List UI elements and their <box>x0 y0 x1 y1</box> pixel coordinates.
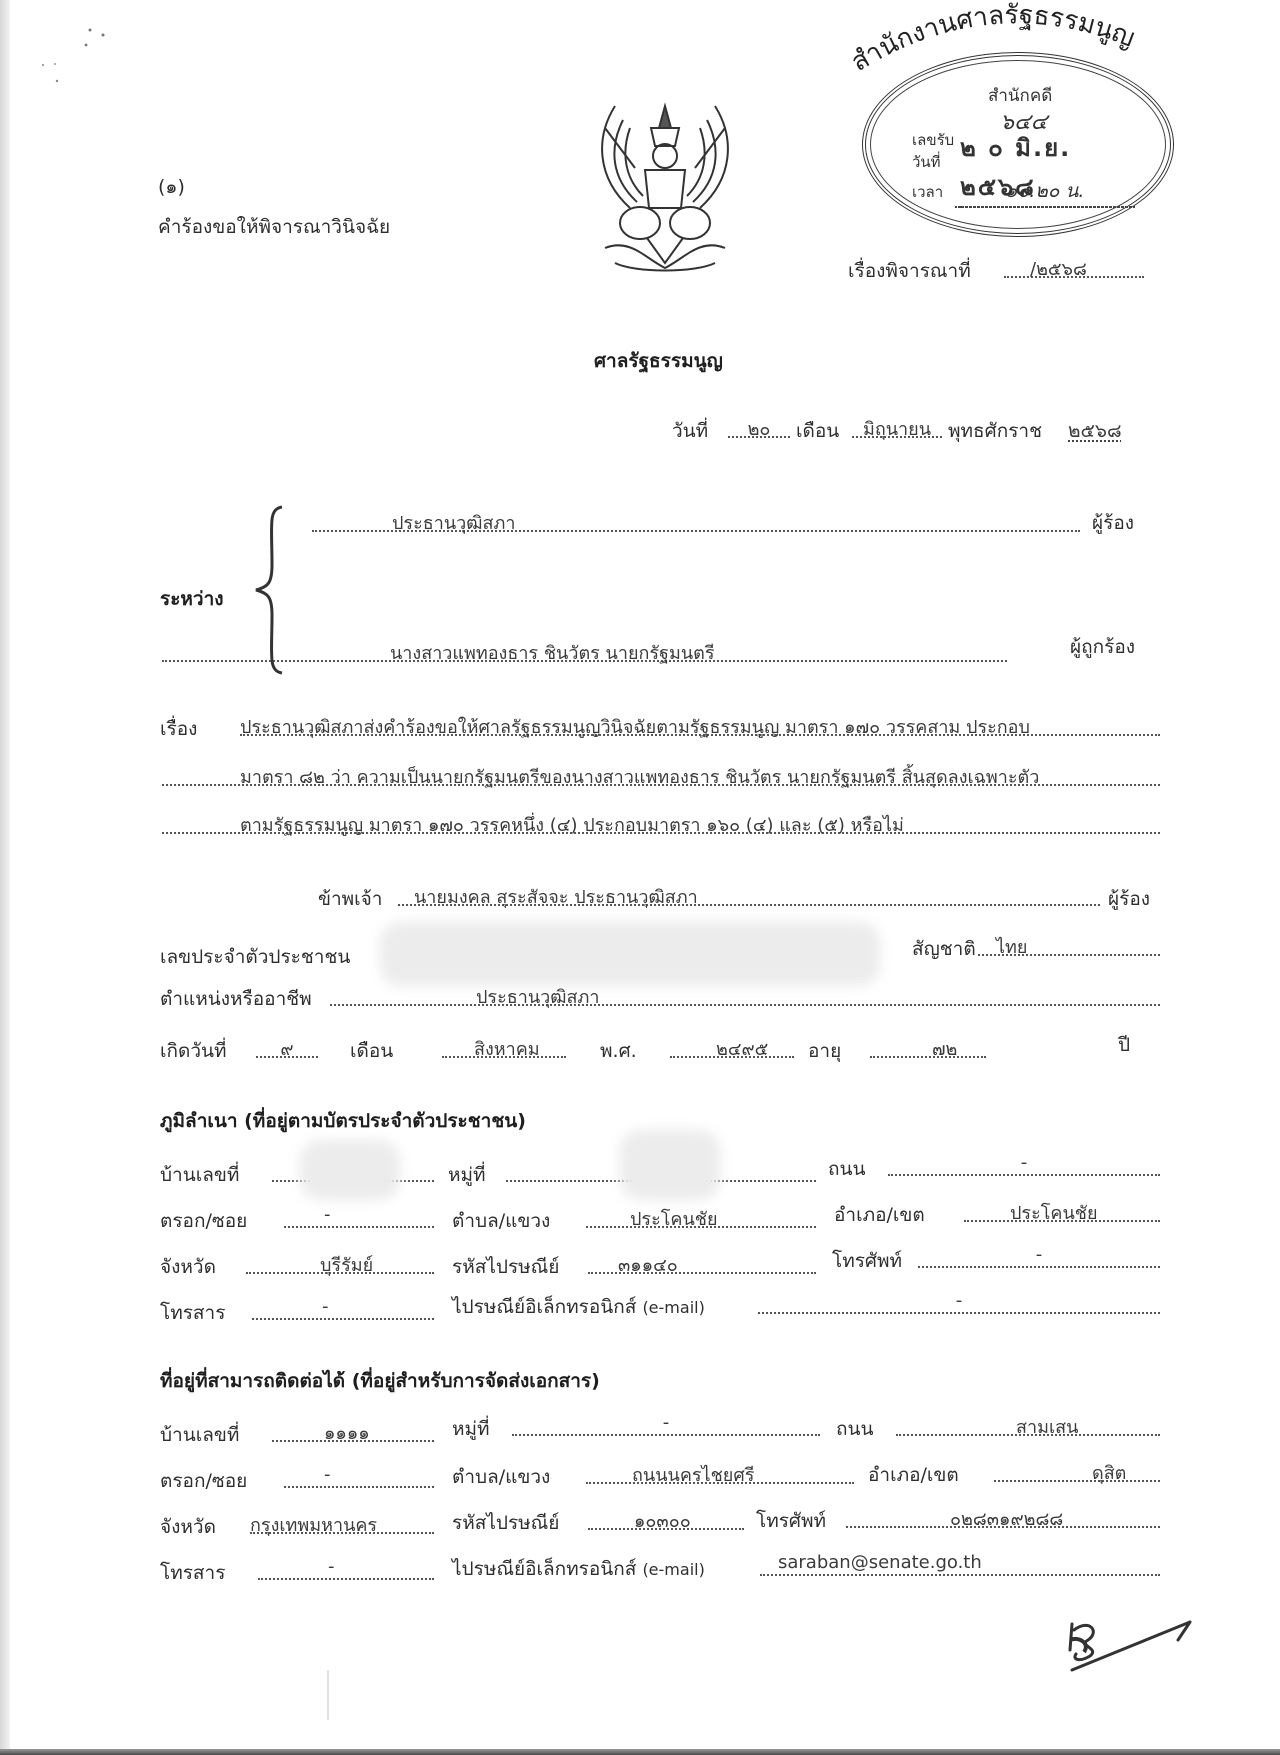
stamp-case-label: เรื่องพิจารณาที่ <box>848 256 971 286</box>
contact-district-label: อำเภอ/เขต <box>868 1460 959 1490</box>
domicile-house-no-label: บ้านเลขที่ <box>160 1160 239 1190</box>
contact-province-field: กรุงเทพมหานคร <box>250 1510 434 1534</box>
scan-page-edge <box>0 0 10 1755</box>
contact-road-field: สามเสน <box>896 1412 1160 1436</box>
self-label: ข้าพเจ้า <box>318 884 382 914</box>
domicile-phone-field: - <box>918 1244 1160 1268</box>
birth-year-label: พ.ศ. <box>600 1036 637 1066</box>
age-label: อายุ <box>808 1036 841 1066</box>
contact-district-field: ดุสิต <box>994 1458 1160 1482</box>
contact-subdistrict-field: ถนนนครไชยศรี <box>586 1460 854 1484</box>
date-year-label: พุทธศักราช <box>948 416 1042 446</box>
court-name: ศาลรัฐธรรมนูญ <box>594 346 723 376</box>
birth-day-field: ๙ <box>256 1034 318 1058</box>
redacted-moo <box>620 1130 720 1200</box>
occupation-field: ประธานวุฒิสภา <box>330 982 1160 1006</box>
stamp-time-value: ๑๐.๒๐ น. <box>955 176 1135 208</box>
form-title: คำร้องขอให้พิจารณาวินิจฉัย <box>158 212 390 242</box>
petitioner-role-label: ผู้ร้อง <box>1092 508 1134 538</box>
subject-line-2: มาตรา ๘๒ ว่า ความเป็นนายกรัฐมนตรีของนางส… <box>162 762 1160 786</box>
domicile-soi-field: - <box>284 1204 434 1228</box>
birth-day-label: เกิดวันที่ <box>160 1036 227 1066</box>
redacted-house-no <box>300 1140 400 1200</box>
occupation-label: ตำแหน่งหรืออาชีพ <box>160 984 312 1014</box>
stamp-date-label: วันที่ <box>912 150 941 174</box>
domicile-subdistrict-label: ตำบล/แขวง <box>452 1206 550 1236</box>
birth-year-field: ๒๔๙๕ <box>670 1034 794 1058</box>
nationality-label: สัญชาติ <box>912 934 976 964</box>
id-label: เลขประจำตัวประชาชน <box>160 942 350 972</box>
birth-month-field: สิงหาคม <box>442 1034 566 1058</box>
stamp-time-label: เวลา <box>912 180 943 204</box>
respondent-field: นางสาวแพทองธาร ชินวัตร นายกรัฐมนตรี <box>162 638 1007 662</box>
domicile-district-label: อำเภอ/เขต <box>834 1200 925 1230</box>
contact-fax-label: โทรสาร <box>160 1558 225 1588</box>
contact-province-label: จังหวัด <box>160 1512 216 1542</box>
domicile-subdistrict-field: ประโคนชัย <box>586 1204 816 1228</box>
contact-postcode-field: ๑๐๓๐๐ <box>588 1506 744 1530</box>
domicile-email-field: - <box>758 1290 1160 1314</box>
contact-subdistrict-label: ตำบล/แขวง <box>452 1462 550 1492</box>
contact-moo-label: หมู่ที่ <box>452 1414 490 1444</box>
contact-soi-field: - <box>284 1464 434 1488</box>
contact-email-label: ไปรษณีย์อิเล็กทรอนิกส์ (e-mail) <box>452 1554 705 1584</box>
domicile-postcode-field: ๓๑๑๔๐ <box>588 1250 816 1274</box>
domicile-fax-field: - <box>252 1296 434 1320</box>
respondent-role-label: ผู้ถูกร้อง <box>1070 632 1135 662</box>
domicile-fax-label: โทรสาร <box>160 1298 225 1328</box>
stamp-case-value: /๒๕๖๘ <box>1004 254 1144 278</box>
nationality-field: ไทย <box>978 932 1160 956</box>
subject-line-3: ตามรัฐธรรมนูญ มาตรา ๑๗๐ วรรคหนึ่ง (๔) ปร… <box>162 810 1160 834</box>
redacted-id-number <box>380 922 880 986</box>
contact-phone-label: โทรศัพท์ <box>756 1506 826 1536</box>
contact-heading: ที่อยู่ที่สามารถติดต่อได้ (ที่อยู่สำหรับ… <box>160 1366 600 1396</box>
contact-phone-field: ๐๒๘๓๑๙๒๘๘ <box>846 1504 1160 1528</box>
domicile-heading: ภูมิลำเนา (ที่อยู่ตามบัตรประจำตัวประชาชน… <box>160 1106 526 1136</box>
date-day-label: วันที่ <box>672 416 708 446</box>
birth-month-label: เดือน <box>350 1036 393 1066</box>
date-year-value: ๒๕๖๘ <box>1068 416 1122 446</box>
date-month-label: เดือน <box>796 416 839 446</box>
contact-house-no-label: บ้านเลขที่ <box>160 1420 239 1450</box>
petitioner-name-field: นายมงคล สุระสัจจะ ประธานวุฒิสภา <box>398 882 1100 906</box>
contact-moo-field: - <box>512 1412 820 1436</box>
domicile-district-field: ประโคนชัย <box>964 1198 1160 1222</box>
contact-postcode-label: รหัสไปรษณีย์ <box>452 1508 559 1538</box>
scan-page-bottom-edge <box>0 1749 1280 1755</box>
form-number: (๑) <box>158 172 185 202</box>
age-unit: ปี <box>1118 1030 1130 1060</box>
contact-fax-field: - <box>258 1556 434 1580</box>
subject-line-1: ประธานวุฒิสภาส่งคำร้องขอให้ศาลรัฐธรรมนูญ… <box>240 712 1160 736</box>
scan-smudge <box>327 1670 329 1720</box>
domicile-province-label: จังหวัด <box>160 1252 216 1282</box>
date-day-field: ๒๐ <box>728 414 790 438</box>
garuda-emblem-icon <box>575 98 755 280</box>
domicile-province-field: บุรีรัมย์ <box>246 1250 434 1274</box>
stamp-receipt-label: เลขรับ <box>912 128 954 152</box>
age-field: ๗๒ <box>870 1034 986 1058</box>
domicile-road-field: - <box>888 1152 1160 1176</box>
domicile-soi-label: ตรอก/ซอย <box>160 1206 247 1236</box>
contact-email-field: saraban@senate.go.th <box>760 1552 1160 1576</box>
scan-specks <box>30 20 110 90</box>
subject-label: เรื่อง <box>160 714 197 744</box>
signature-icon <box>1060 1610 1210 1690</box>
between-label: ระหว่าง <box>160 584 224 614</box>
petitioner-field: ประธานวุฒิสภา <box>312 508 1080 532</box>
contact-road-label: ถนน <box>836 1414 873 1444</box>
date-month-field: มิถุนายน <box>852 414 942 438</box>
domicile-phone-label: โทรศัพท์ <box>832 1246 902 1276</box>
domicile-email-label: ไปรษณีย์อิเล็กทรอนิกส์ (e-mail) <box>452 1292 705 1322</box>
petitioner-name-role: ผู้ร้อง <box>1108 884 1150 914</box>
contact-house-no-field: ๑๑๑๑ <box>272 1418 434 1442</box>
domicile-road-label: ถนน <box>828 1154 865 1184</box>
domicile-moo-label: หมู่ที่ <box>448 1160 486 1190</box>
contact-soi-label: ตรอก/ซอย <box>160 1466 247 1496</box>
domicile-postcode-label: รหัสไปรษณีย์ <box>452 1252 559 1282</box>
